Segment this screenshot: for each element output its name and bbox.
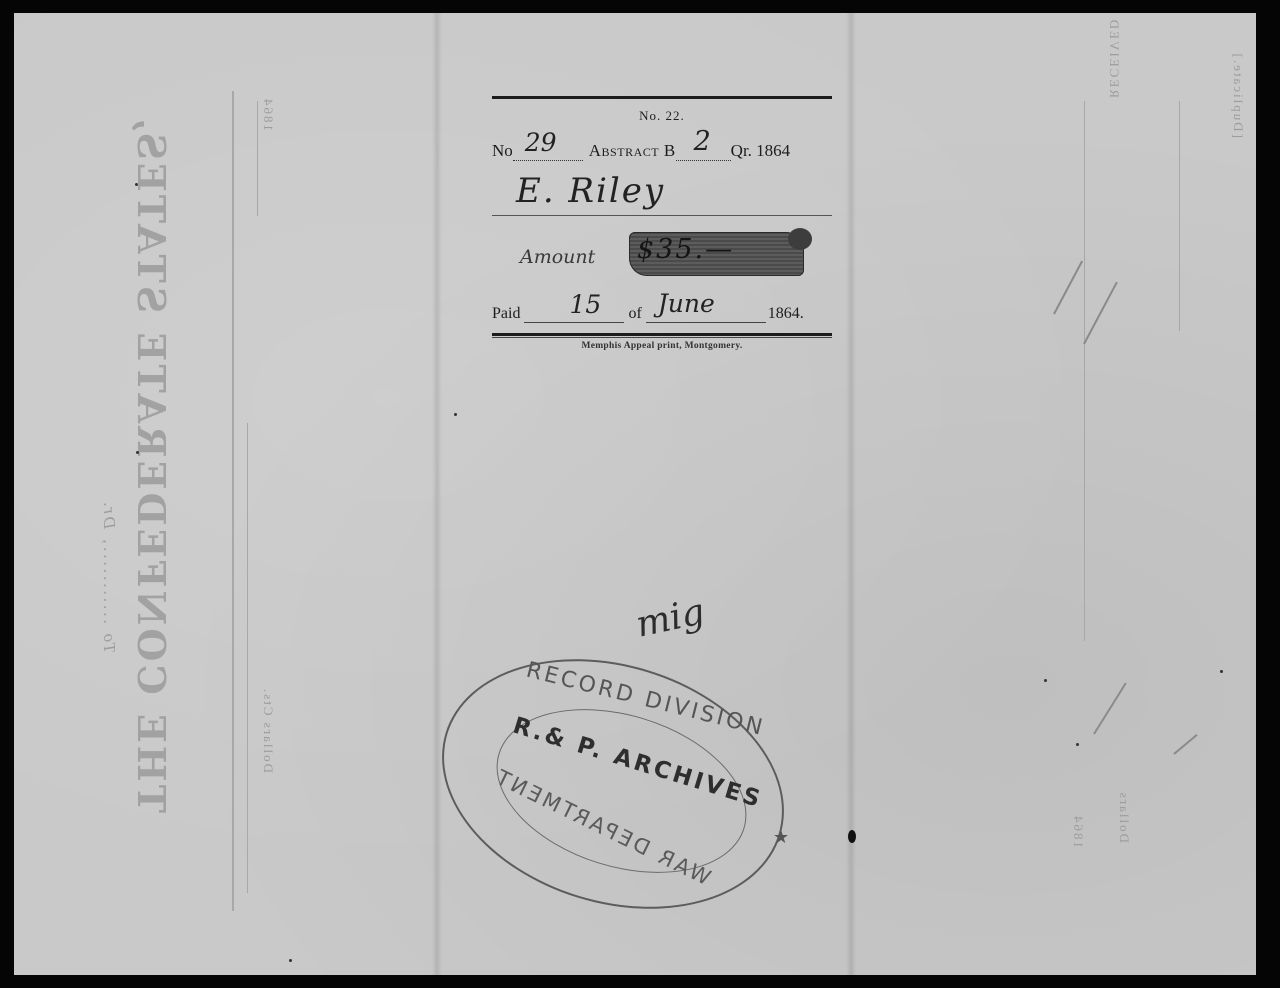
bleed-through-year-left: 1864 bbox=[260, 97, 276, 131]
paid-year: 1864. bbox=[768, 305, 804, 323]
document-page: THE CONFEDERATE STATES, To ..........., … bbox=[14, 13, 1256, 975]
speck bbox=[1076, 743, 1079, 746]
bleed-rule bbox=[232, 91, 234, 911]
quarter-suffix: Qr. 1864 bbox=[731, 141, 791, 161]
bottom-rule-thin bbox=[492, 337, 832, 338]
bleed-through-duplicate: [Duplicate.] bbox=[1230, 52, 1246, 138]
quarter-value: 2 bbox=[694, 126, 711, 157]
speck bbox=[454, 413, 457, 416]
voucher-line: No 29 Abstract B 2 Qr. 1864 bbox=[492, 138, 832, 161]
pencil-mark bbox=[1083, 282, 1118, 345]
paid-month-field: June bbox=[646, 298, 766, 323]
archive-stamp: RECORD DIVISION R.& P. ARCHIVES WAR DEPA… bbox=[438, 665, 788, 903]
bleed-through-dollars-left: Dollars Cts. bbox=[260, 687, 276, 773]
bleed-through-received: RECEIVED at bbox=[1106, 13, 1122, 98]
pencil-mark bbox=[1053, 261, 1083, 315]
bleed-through-dollars-right: Dollars bbox=[1116, 791, 1132, 843]
abstract-label: Abstract B bbox=[589, 141, 676, 161]
amount-ribbon: $35.— bbox=[629, 232, 804, 276]
bleed-rule bbox=[1084, 101, 1085, 641]
pencil-mark bbox=[1173, 734, 1197, 755]
printer-imprint: Memphis Appeal print, Montgomery. bbox=[492, 341, 832, 351]
payee-line: E. Riley bbox=[492, 169, 832, 216]
paid-month: June bbox=[658, 289, 715, 318]
amount-value: $35.— bbox=[637, 234, 734, 265]
star-icon: ★ bbox=[773, 827, 789, 848]
payee-name: E. Riley bbox=[516, 171, 665, 211]
handwritten-margin-note: mig bbox=[632, 591, 708, 645]
paid-label: Paid bbox=[492, 305, 520, 323]
paid-day: 15 bbox=[569, 290, 601, 319]
amount-row: Amount $35.— bbox=[492, 228, 832, 286]
speck bbox=[136, 451, 139, 454]
voucher-number: 29 bbox=[525, 128, 557, 157]
voucher-number-field: 29 bbox=[513, 138, 583, 161]
bottom-rule bbox=[492, 333, 832, 336]
voucher-docket: No. 22. No 29 Abstract B 2 Qr. 1864 E. R… bbox=[492, 96, 832, 351]
top-rule bbox=[492, 96, 832, 99]
bleed-rule bbox=[1179, 101, 1180, 331]
bleed-rule bbox=[247, 423, 248, 893]
speck bbox=[135, 183, 138, 186]
bleed-rule bbox=[257, 101, 258, 216]
form-number: No. 22. bbox=[492, 108, 832, 124]
paid-line: Paid 15 of June 1864. bbox=[492, 298, 832, 323]
punch-hole bbox=[848, 830, 856, 843]
speck bbox=[1220, 670, 1223, 673]
pencil-mark bbox=[1093, 683, 1126, 735]
quarter-field: 2 bbox=[676, 138, 731, 161]
bleed-through-title: THE CONFEDERATE STATES, bbox=[129, 115, 174, 813]
bleed-through-subtitle: To ..........., Dr. bbox=[99, 499, 119, 653]
speck bbox=[289, 959, 292, 962]
paid-of: of bbox=[628, 305, 641, 323]
voucher-prefix: No bbox=[492, 141, 513, 161]
speck bbox=[1044, 679, 1047, 682]
paid-day-field: 15 bbox=[524, 298, 624, 323]
amount-label: Amount bbox=[520, 246, 595, 268]
bleed-through-year-right: 1864 bbox=[1070, 814, 1086, 848]
